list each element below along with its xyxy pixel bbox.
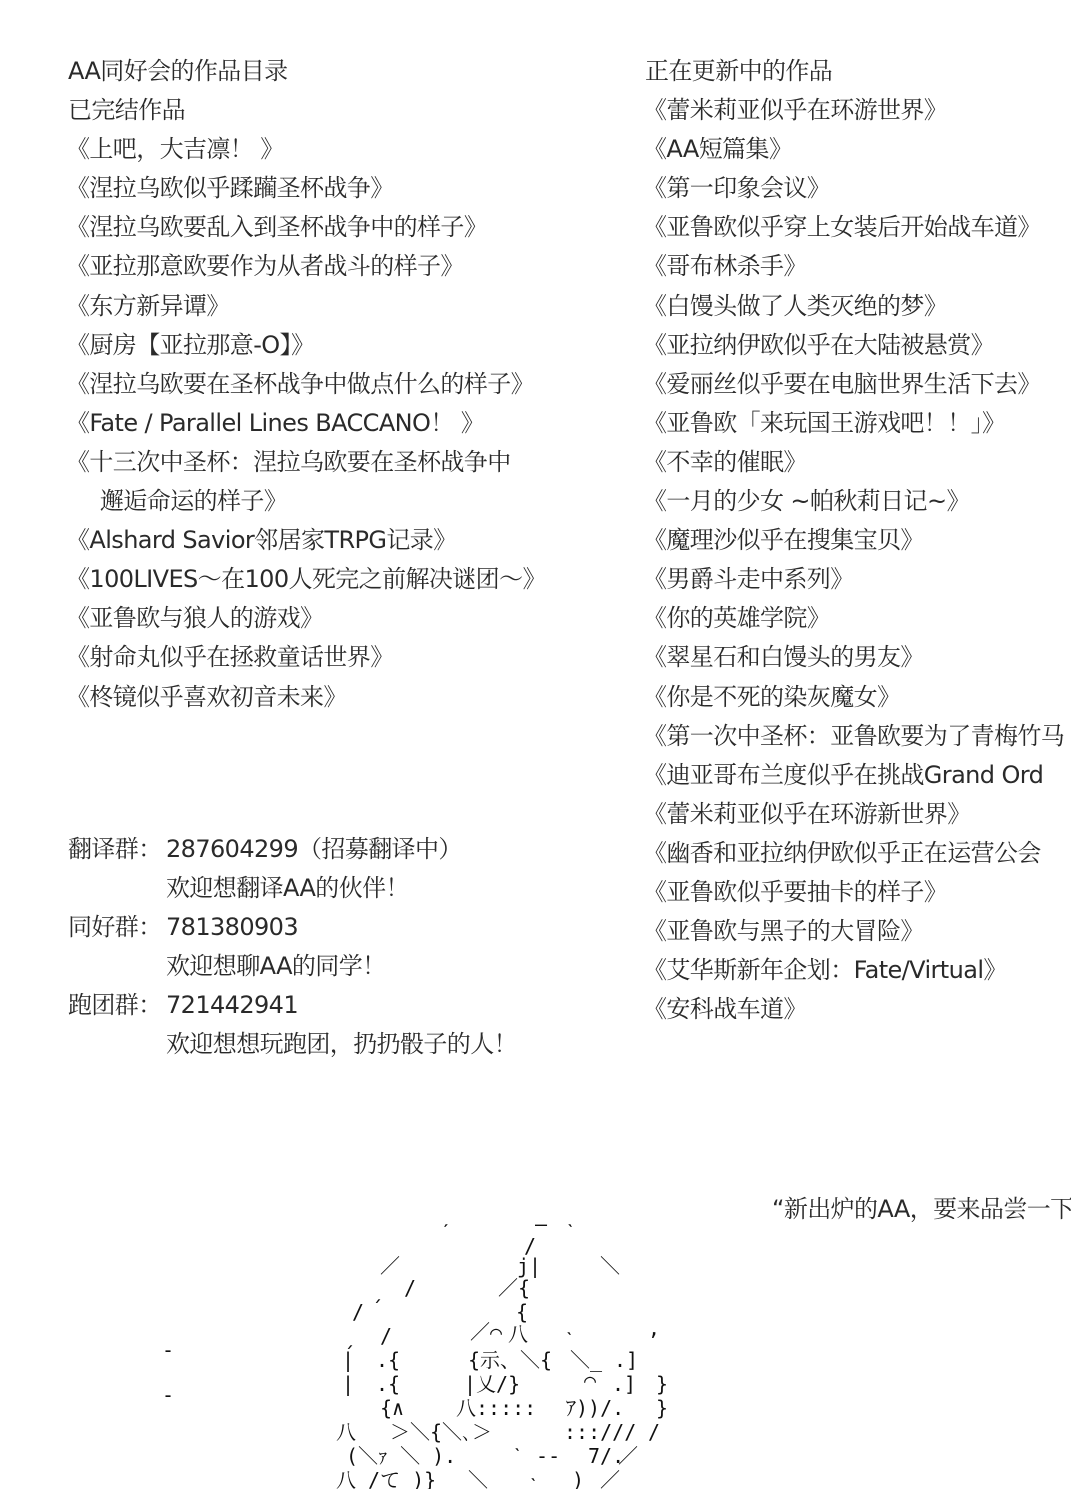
- completed-work-item: 《亚拉那意欧要作为从者战斗的样子》: [66, 247, 628, 286]
- group-note: 欢迎想聊AA的同学！: [68, 947, 588, 986]
- ongoing-work-item: 《白馒头做了人类灭绝的梦》: [643, 287, 1071, 326]
- ascii-art-fragment: /: [524, 1236, 536, 1256]
- completed-work-item: 《东方新异谭》: [66, 287, 628, 326]
- ongoing-work-item: 《你的英雄学院》: [643, 599, 1071, 638]
- completed-work-item: 《柊镜似乎喜欢初音未来》: [66, 678, 628, 717]
- group-label: 翻译群：: [68, 830, 166, 869]
- ascii-art-fragment: :::///: [564, 1422, 636, 1442]
- group-fans: 同好群： 781380903: [68, 908, 588, 947]
- ascii-art-fragment: —: [535, 1214, 547, 1234]
- ongoing-work-item: 《翠星石和白馒头的男友》: [643, 638, 1071, 677]
- group-number: 781380903: [166, 908, 298, 947]
- ascii-art-fragment: ／{: [498, 1278, 530, 1298]
- ascii-art-fragment: {: [516, 1302, 528, 1322]
- ascii-art-fragment: (＼ｧ ＼ ).: [346, 1446, 456, 1466]
- ongoing-work-item: 《安科战车道》: [643, 990, 1071, 1029]
- ascii-art-fragment: 7/.: [588, 1446, 624, 1466]
- ascii-art-fragment: 八: [336, 1422, 356, 1442]
- group-number: 287604299（招募翻译中）: [166, 830, 462, 869]
- ongoing-work-item: 《一月的少女 ~帕秋莉日记~》: [643, 482, 1071, 521]
- ascii-art-fragment: ／: [618, 1446, 638, 1466]
- completed-work-item: 《Alshard Savior邻居家TRPG记录》: [66, 521, 628, 560]
- ongoing-work-item: 《亚鲁欧似乎要抽卡的样子》: [643, 873, 1071, 912]
- qq-groups: 翻译群： 287604299（招募翻译中） 欢迎想翻译AA的伙伴！ 同好群： 7…: [68, 830, 588, 1065]
- ongoing-work-item: 《AA短篇集》: [643, 130, 1071, 169]
- ongoing-works-column: 正在更新中的作品 《蕾米莉亚似乎在环游世界》 《AA短篇集》 《第一印象会议》 …: [645, 52, 1071, 1029]
- ascii-art-fragment: ⌒: [584, 1370, 596, 1390]
- group-note: 欢迎想想玩跑团，扔扔骰子的人！: [68, 1025, 588, 1064]
- ascii-art-fragment: ｱ))/.: [566, 1398, 624, 1418]
- ascii-art-fragment: {示、＼{: [468, 1350, 552, 1370]
- ascii-art-fragment: ／: [600, 1470, 620, 1489]
- completed-work-item: 《涅拉乌欧似乎蹂躏圣杯战争》: [66, 169, 628, 208]
- ascii-art-fragment: ˋ: [565, 1222, 577, 1242]
- completed-work-item: 《亚鲁欧与狼人的游戏》: [66, 599, 628, 638]
- ascii-art-fragment: -: [162, 1340, 174, 1360]
- ascii-art-fragment: ＼: [468, 1470, 488, 1489]
- ongoing-work-item: 《迪亚哥布兰度似乎在挑战Grand Ord: [643, 756, 1071, 795]
- ongoing-work-item: 《第一印象会议》: [643, 169, 1071, 208]
- ascii-art-fragment: /: [352, 1302, 364, 1322]
- ascii-art-fragment: ,: [648, 1318, 660, 1338]
- ongoing-work-item: 《幽香和亚拉纳伊欧似乎正在运营公会: [643, 834, 1071, 873]
- ascii-art-fragment: .{: [376, 1350, 400, 1370]
- ongoing-work-item: 《哥布林杀手》: [643, 247, 1071, 286]
- completed-work-item: 《涅拉乌欧要乱入到圣杯战争中的样子》: [66, 208, 628, 247]
- completed-work-item: 《100LIVES～在100人死完之前解决谜团～》: [66, 560, 628, 599]
- ascii-art-fragment: /: [380, 1326, 392, 1346]
- completed-works-column: AA同好会的作品目录 已完结作品 《上吧，大吉凛！ 》 《涅拉乌欧似乎蹂躏圣杯战…: [68, 52, 628, 717]
- ongoing-work-item: 《爱丽丝似乎要在电脑世界生活下去》: [643, 365, 1071, 404]
- completed-work-item: 《上吧，大吉凛！ 》: [66, 130, 628, 169]
- completed-work-item: 《厨房【亚拉那意-O】》: [66, 326, 628, 365]
- catalog-title: AA同好会的作品目录: [68, 52, 628, 91]
- completed-heading: 已完结作品: [68, 91, 628, 130]
- group-label: 同好群：: [68, 908, 166, 947]
- ascii-art-fragment: ＞＼{＼､＞: [390, 1422, 492, 1442]
- ongoing-work-item: 《艾华斯新年企划：Fate/Virtual》: [643, 951, 1071, 990]
- ascii-art-fragment: ˏ: [344, 1326, 356, 1346]
- ongoing-work-item: 《魔理沙似乎在搜集宝贝》: [643, 521, 1071, 560]
- ascii-art-fragment: ˏ: [372, 1280, 384, 1300]
- ascii-art-fragment: }: [656, 1374, 668, 1394]
- ongoing-work-item: 《你是不死的染灰魔女》: [643, 678, 1071, 717]
- group-translation: 翻译群： 287604299（招募翻译中）: [68, 830, 588, 869]
- ongoing-work-item: 《蕾米莉亚似乎在环游新世界》: [643, 795, 1071, 834]
- ascii-art-fragment: -: [162, 1385, 174, 1405]
- ascii-art-fragment: 八:::::: [456, 1398, 536, 1418]
- ascii-art-fragment: .{: [376, 1374, 400, 1394]
- group-trpg: 跑团群： 721442941: [68, 986, 588, 1025]
- ascii-art-fragment: ˋ --: [512, 1446, 560, 1466]
- group-number: 721442941: [166, 986, 298, 1025]
- ascii-art-fragment: ˋ: [564, 1330, 576, 1350]
- ascii-art-fragment: /: [404, 1278, 416, 1298]
- group-note: 欢迎想翻译AA的伙伴！: [68, 869, 588, 908]
- ongoing-work-item: 《亚鲁欧似乎穿上女装后开始战车道》: [643, 208, 1071, 247]
- ascii-art-fragment: 八 /て )}: [336, 1470, 436, 1489]
- completed-work-item: 《十三次中圣杯：涅拉乌欧要在圣杯战争中: [66, 443, 628, 482]
- dialogue-quote: “新出炉的AA，要来品尝一下: [772, 1193, 1071, 1225]
- completed-work-item: 《射命丸似乎在拯救童话世界》: [66, 638, 628, 677]
- ongoing-work-item: 《亚鲁欧「来玩国王游戏吧！！」》: [643, 404, 1071, 443]
- ongoing-work-item: 《蕾米莉亚似乎在环游世界》: [643, 91, 1071, 130]
- ongoing-heading: 正在更新中的作品: [645, 52, 1071, 91]
- ascii-art-fragment: |: [342, 1350, 354, 1370]
- ongoing-work-item: 《不幸的催眠》: [643, 443, 1071, 482]
- ascii-art-fragment: .]: [614, 1350, 638, 1370]
- ongoing-work-item: 《亚鲁欧与黑子的大冒险》: [643, 912, 1071, 951]
- ascii-art-fragment: /: [648, 1422, 660, 1442]
- ascii-art-fragment: .]: [612, 1374, 636, 1394]
- ascii-art-fragment: ／: [380, 1256, 400, 1276]
- ascii-art-fragment: 八: [508, 1324, 528, 1344]
- ascii-art-fragment: }: [656, 1398, 668, 1418]
- ascii-art-fragment: ): [572, 1470, 584, 1489]
- completed-work-item: 《涅拉乌欧要在圣杯战争中做点什么的样子》: [66, 365, 628, 404]
- ascii-art-fragment: j|: [517, 1256, 541, 1276]
- ongoing-work-item: 《第一次中圣杯：亚鲁欧要为了青梅竹马: [643, 717, 1071, 756]
- ascii-art-fragment: |: [342, 1374, 354, 1394]
- group-label: 跑团群：: [68, 986, 166, 1025]
- completed-work-item: 《Fate / Parallel Lines BACCANO！ 》: [66, 404, 628, 443]
- ascii-art-fragment: ＼: [600, 1256, 620, 1276]
- ascii-art-fragment: {∧: [380, 1398, 404, 1418]
- ascii-art-fragment: ／⌒: [470, 1322, 502, 1342]
- ascii-art-fragment: ˋ,: [528, 1476, 552, 1489]
- ongoing-work-item: 《亚拉纳伊欧似乎在大陆被悬赏》: [643, 326, 1071, 365]
- ascii-art-fragment: |乂/}: [464, 1374, 520, 1394]
- completed-work-item-continued: 邂逅命运的样子》: [66, 482, 628, 521]
- ascii-art-fragment: ˊ: [440, 1222, 452, 1242]
- ongoing-work-item: 《男爵斗走中系列》: [643, 560, 1071, 599]
- ascii-art-fragment: ＼_: [570, 1350, 602, 1370]
